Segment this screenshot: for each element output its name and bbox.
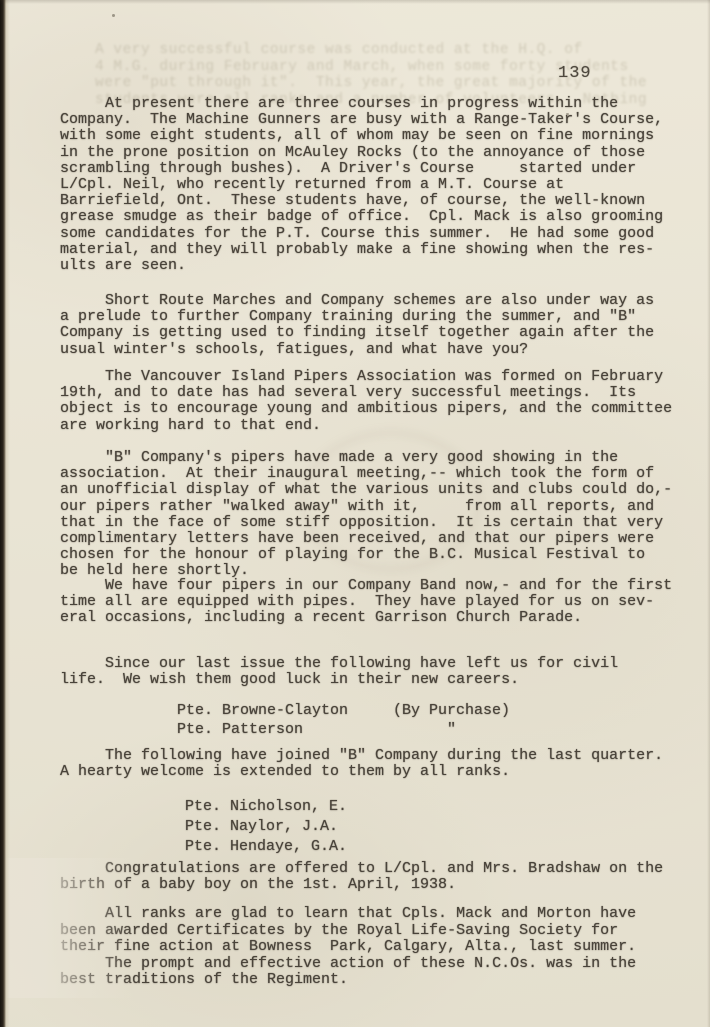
text-line: Company. The Machine Gunners are busy wi… (60, 112, 663, 128)
text-line: Company is getting used to finding itsel… (60, 325, 654, 341)
text-line: life. We wish them good luck in their ne… (60, 672, 618, 688)
text-line: Pte. Nicholson, E. (185, 797, 347, 817)
text-line: with some eight students, all of whom ma… (60, 128, 663, 144)
text-line: usual winter's schools, fatigues, and wh… (60, 342, 654, 358)
scan-edge-left (0, 0, 10, 1027)
paragraph-pipers-association: The Vancouver Island Pipers Association … (60, 369, 672, 434)
text-line: a prelude to further Company training du… (60, 309, 654, 325)
bleed-through-line: A very successful course was conducted a… (95, 42, 695, 59)
text-line: grease smudge as their badge of office. … (60, 209, 663, 225)
text-line: complimentary letters have been received… (60, 531, 672, 547)
text-line: some candidates for the P.T. Course this… (60, 226, 663, 242)
text-line: time all are equipped with pipes. They h… (60, 594, 672, 610)
paragraph-courses: At present there are three courses in pr… (60, 96, 663, 274)
text-line: Pte. Hendaye, G.A. (185, 837, 347, 857)
text-line: association. At their inaugural meeting,… (60, 466, 672, 482)
text-line: Pte. Browne-Clayton (By Purchase) (177, 701, 510, 720)
bleed-through-line: were "put through it". This year, the gr… (95, 75, 695, 92)
list-departures: Pte. Browne-Clayton (By Purchase)Pte. Pa… (177, 701, 510, 739)
text-line: material, and they will probably make a … (60, 242, 663, 258)
page-number: 139 (558, 64, 592, 83)
paragraph-route-marches: Short Route Marches and Company schemes … (60, 293, 654, 358)
text-line: scrambling through bushes). A Driver's C… (60, 161, 663, 177)
paragraph-life-saving: All ranks are glad to learn that Cpls. M… (60, 906, 636, 989)
text-line: At present there are three courses in pr… (60, 96, 663, 112)
text-line: our pipers rather "walked away" with it,… (60, 499, 672, 515)
text-line: eral occasions, including a recent Garri… (60, 610, 672, 626)
text-line: are working hard to that end. (60, 418, 672, 434)
text-line: chosen for the honour of playing for the… (60, 547, 672, 563)
bleed-through-line: 4 M.G. during February and March, when s… (95, 59, 695, 76)
text-line: ults are seen. (60, 258, 663, 274)
paragraph-company-band: We have four pipers in our Company Band … (60, 578, 672, 627)
text-line: Since our last issue the following have … (60, 656, 618, 672)
text-line: We have four pipers in our Company Band … (60, 578, 672, 594)
text-line: Barriefield, Ont. These students have, o… (60, 193, 663, 209)
list-arrivals: Pte. Nicholson, E.Pte. Naylor, J.A.Pte. … (185, 797, 347, 857)
text-line: object is to encourage young and ambitio… (60, 401, 672, 417)
text-line: The prompt and effective action of these… (60, 956, 636, 973)
text-line: The following have joined "B" Company du… (60, 748, 663, 764)
paragraph-arrivals: The following have joined "B" Company du… (60, 748, 663, 780)
text-line: in the prone position on McAuley Rocks (… (60, 145, 663, 161)
text-line: that in the face of some stiff oppositio… (60, 515, 672, 531)
scanned-page: A very successful course was conducted a… (0, 0, 710, 1027)
scan-edge-top (0, 0, 710, 4)
text-line: Pte. Naylor, J.A. (185, 817, 347, 837)
text-line: Pte. Patterson " (177, 720, 510, 739)
text-line: 19th, and to date has had several very s… (60, 385, 672, 401)
text-line: Short Route Marches and Company schemes … (60, 293, 654, 309)
text-line: All ranks are glad to learn that Cpls. M… (60, 906, 636, 923)
paragraph-company-pipers: "B" Company's pipers have made a very go… (60, 450, 672, 580)
text-line: best traditions of the Regiment. (60, 972, 636, 989)
paragraph-congratulations: Congratulations are offered to L/Cpl. an… (60, 861, 663, 893)
text-line: birth of a baby boy on the 1st. April, 1… (60, 877, 663, 893)
text-line: "B" Company's pipers have made a very go… (60, 450, 672, 466)
text-line: A hearty welcome is extended to them by … (60, 764, 663, 780)
text-line: been awarded Certificates by the Royal L… (60, 923, 636, 940)
text-line: their fine action at Bowness Park, Calga… (60, 939, 636, 956)
paragraph-departures: Since our last issue the following have … (60, 656, 618, 688)
ink-speck (566, 113, 569, 115)
text-line: an unofficial display of what the variou… (60, 482, 672, 498)
text-line: L/Cpl. Neil, who recently returned from … (60, 177, 663, 193)
ink-speck (112, 14, 115, 17)
text-line: Congratulations are offered to L/Cpl. an… (60, 861, 663, 877)
text-line: The Vancouver Island Pipers Association … (60, 369, 672, 385)
